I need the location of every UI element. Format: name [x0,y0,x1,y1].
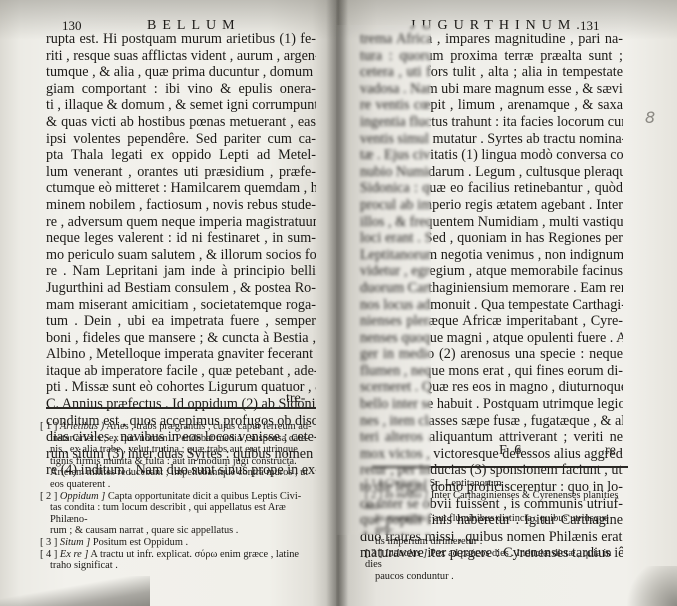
footnote-lemma: Situm ] [60,537,90,548]
text-line: pta Thala legati ex oppido Lepti ad Mete… [46,147,316,164]
pencil-margin-note: 8 [645,108,655,127]
text-line: re , adversum quem neque imperia magistr… [46,214,316,231]
left-footnotes: [ 1 ] Arietibus ) Aries , trabs prægrand… [40,421,320,572]
footnote-continuation: tis imperium dirimeretur . [365,536,628,548]
text-line: ti , illaque & domum , & semet igni corr… [46,97,316,114]
text-line: ipsi volentes pependêre. Sed pariter cum… [46,131,316,148]
open-book: 130 BELLUM rupta est. Hi postquam murum … [0,0,677,606]
footnote: [ 3 ] Inducias ] Pax ad paucos dies . In… [365,548,628,583]
footnote-rule [46,407,316,409]
text-line: mam miserant amicitiam , societatemque r… [46,297,316,314]
gutter-blur-region [336,25,431,535]
text-line: riti , resque suas afflictas vident , au… [46,48,316,65]
footnote-text: Capta opportunitate dicit a quibus Lepti… [108,491,301,502]
text-line: itaque ab imperatore facile , quæ peteba… [46,363,316,380]
text-line: tumque , & alia , quæ prima ducuntur , d… [46,64,316,81]
text-line: Jugurthini ad Bestiam consulem , & poste… [46,280,316,297]
footnote-lemma: Ex re ] [60,549,88,560]
text-line: giam comportant : ibi vino & epulis oner… [46,81,316,98]
text-line: Albino , Metelloque imperata gnaviter fe… [46,346,316,363]
footnote-lemma: Arietibus ) [60,421,104,432]
signature-mark: F 6 [499,443,523,459]
footnote-continuation: tas condita : tum locum describit , qui … [40,502,320,525]
text-line: minem nobilem , factiosum , novis rebus … [46,197,316,214]
footnote-number: [ 1 ] [40,421,57,432]
catchword: re . [605,443,623,459]
footnote-continuation: tignis firmis munita & fulta : aut in mo… [40,456,320,468]
footnote-number: [ 4 ] [40,549,57,560]
footnote-text: Aries , trabs prægrandis , cujus caput f… [106,421,311,432]
text-line: mo periculo suam salutem , & illorum soc… [46,247,316,264]
left-body-text: rupta est. Hi postquam murum arietibus (… [46,31,316,479]
text-line: C. Annius præfectus . Id oppidum (2) ab … [46,396,316,413]
footnote-continuation: eos quaterent . [40,479,320,491]
footnote-continuation: rum ; & causam narrat , quare sic appell… [40,525,320,537]
footnote: [ 3 ] Situm ] Positum est Oppidum . [40,537,320,549]
text-line: pti . Missæ sunt eò cohortes Ligurum qua… [46,379,316,396]
text-line: neque leges valerent : id ni festinaret … [46,230,316,247]
footnote-continuation: nis , ex alia trabe , velut trutina ; qu… [40,444,320,456]
text-line: & quas victi ab hostibus pœnas metuerant… [46,114,316,131]
footnote-number: [ 3 ] [365,548,382,559]
text-line: boni , fideles que mansere ; & cuncta à … [46,330,316,347]
footnote-lemma: Oppidum ] [60,491,105,502]
page-curl-shadow [0,576,150,606]
footnote-number: [ 2 ] [40,491,57,502]
footnote-continuation: traho significat . [40,560,320,572]
footnote-continuation: instar arietis , ex quo nomen . Pendebat… [40,433,320,445]
footnote-continuation: Arietem milites reducebant ; impellebant… [40,467,320,479]
footnote-lemma: Inducias ] [385,548,427,559]
footnote: [ 2 ] Oppidum ] Capta opportunitate dici… [40,491,320,537]
footnote-text: A tractu ut infr. explicat. σύρω enim gr… [90,549,299,560]
footnote: [ 4 ] Ex re ] A tractu ut infr. explicat… [40,549,320,572]
footnote-continuation: paucos conduntur . [365,571,628,583]
text-line: lum venerant , orantes uti præsidium , p… [46,164,316,181]
footnote-text: Positum est Oppidum . [93,537,188,548]
text-line: rupta est. Hi postquam murum arietibus (… [46,31,316,48]
footnote: [ 1 ] Arietibus ) Aries , trabs prægrand… [40,421,320,491]
text-line: re . Nam Lepritani jam inde à principio … [46,263,316,280]
footnote-number: [ 3 ] [40,537,57,548]
text-line: ctumque eò mitteret : Hamilcarem quemdam… [46,180,316,197]
catchword: tre- [286,391,305,407]
text-line: tum . Dein , ubi ea impetrata fuere , se… [46,313,316,330]
footnote-text: Sc. Leptitanorum . [429,478,506,489]
